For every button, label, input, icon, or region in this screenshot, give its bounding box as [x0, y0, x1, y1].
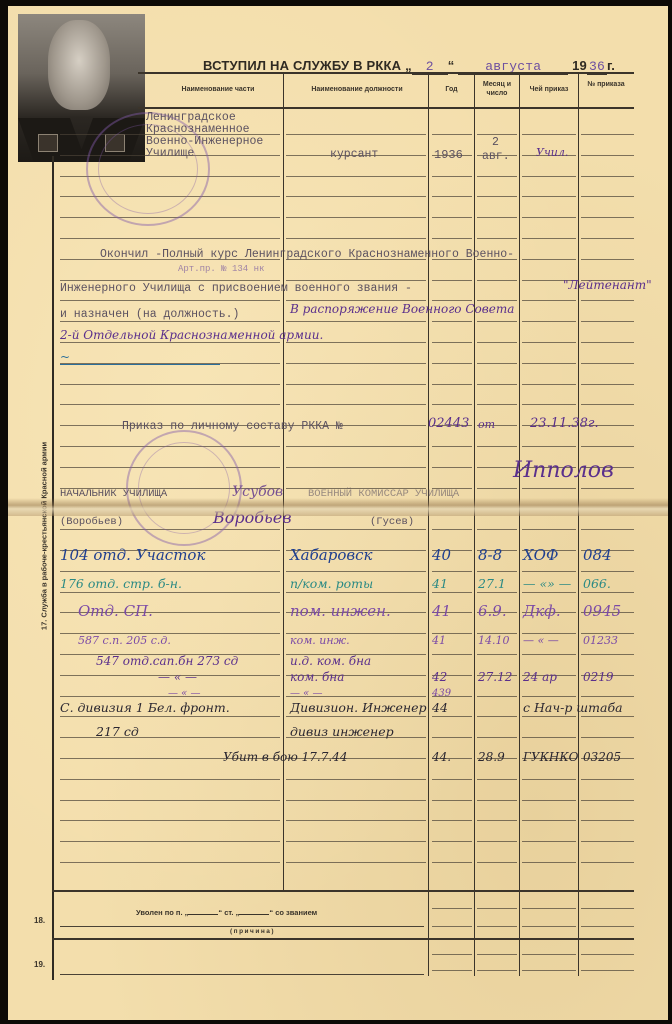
chief-name: (Воробьев) [60, 516, 123, 528]
cell-order-by: 24 ар [523, 670, 557, 684]
graduation-stamp-text: Арт.пр. № 134 нк [178, 264, 264, 274]
signature-3: Ипполов [513, 458, 614, 483]
order-number: 02443 [428, 416, 469, 431]
first-entry-order-by: Учил. [536, 146, 568, 159]
signature-scribble: ~ [60, 350, 220, 365]
cell-date: 27.1 [478, 576, 506, 591]
cell-position: — « — [290, 688, 322, 699]
cell-year: 44. [432, 750, 451, 764]
row-number-18: 18. [34, 916, 45, 925]
cell-order-by: — «» — [523, 576, 571, 591]
cell-unit: — « — [168, 688, 200, 699]
rank-handwritten: "Лейтенант" [563, 278, 652, 292]
section-rule [52, 938, 634, 940]
graduation-line-3: и назначен (на должность.) [60, 308, 239, 321]
order-text: Приказ по личному составу РККА № [122, 420, 343, 433]
cell-order-by: Дкф. [523, 602, 561, 620]
row-number-19: 19. [34, 960, 45, 969]
graduation-line-2: Инженерного Училища с присвоением военно… [60, 282, 412, 295]
commissar-name: (Гусев) [370, 516, 414, 528]
first-entry-unit: Ленинградское Краснознаменное Военно-Инж… [146, 112, 263, 160]
cell-order-by: ГУКНКО [523, 750, 579, 764]
order-from: от [478, 418, 495, 431]
col-header-order-no: № приказа [581, 80, 631, 89]
cell-position: ком. инж. [290, 634, 350, 647]
cell-position: Дивизион. Инженер [290, 700, 427, 715]
cell-year: 41 [432, 634, 446, 647]
cell-order-no: 066. [583, 576, 611, 591]
paper-fold-crease [8, 498, 668, 516]
cell-unit: 176 отд. стр. б-н. [60, 576, 182, 591]
cell-position: и.д. ком. бна [290, 654, 371, 668]
cell-order-no: 01233 [583, 634, 618, 647]
assignment-handwritten: В распоряжение Военного Совета [290, 302, 514, 316]
cell-date: 6.9. [478, 602, 507, 620]
cell-unit: Убит в бою 17.7.44 [223, 750, 347, 764]
section-rule [52, 890, 634, 892]
cell-unit: Отд. СП. [78, 602, 153, 620]
cell-position: Хабаровск [290, 546, 372, 564]
cell-date: 14.10 [478, 634, 510, 647]
header-top-rule [138, 72, 634, 74]
collar-insignia-icon [38, 134, 58, 152]
cell-position: пом. инжен. [290, 602, 391, 620]
col-header-month-day: Месяц и число [478, 80, 516, 98]
header-bottom-rule [138, 107, 634, 109]
cell-year: 42 [432, 670, 447, 684]
cell-order-no: 0219 [583, 670, 614, 684]
cell-year: 41 [432, 576, 448, 591]
cell-year: 44 [432, 700, 448, 715]
cell-unit: 104 отд. Участок [60, 546, 205, 564]
cell-position: дивиз инженер [290, 724, 394, 739]
first-entry-position: курсант [330, 148, 378, 161]
col-header-position: Наименование должности [288, 85, 426, 94]
cell-order-no: 0945 [583, 602, 621, 620]
left-margin-rule [52, 156, 54, 980]
first-entry-day: 2 [492, 136, 499, 149]
col-header-year: Год [429, 85, 474, 94]
reason-caption: (причина) [230, 928, 275, 935]
cell-unit: 217 сд [96, 724, 139, 739]
cell-position: п/ком. роты [290, 576, 373, 591]
cell-unit: — « — [158, 670, 197, 684]
cell-order-by: — « — [523, 634, 559, 647]
cell-unit: С. дивизия 1 Бел. фронт. [60, 700, 230, 715]
col-divider [283, 72, 284, 890]
personnel-record-sheet: ВСТУПИЛ НА СЛУЖБУ В РККА „2“ августа 193… [8, 6, 668, 1020]
section-label: 17. Служба в рабоче-крестьянской Красной… [36, 376, 52, 696]
col-divider [428, 72, 429, 976]
cell-date: 28.9 [478, 750, 505, 764]
cell-order-no: 084 [583, 546, 612, 564]
cell-order-by: ХОФ [523, 546, 558, 564]
cell-unit: 547 отд.сап.бн 273 сд [96, 654, 238, 668]
col-divider [578, 72, 579, 976]
first-entry-year: 1936 [434, 148, 463, 162]
discharge-text: Уволен по п. „“ ст. „“ со званием [136, 908, 317, 917]
cell-order-by: с Нач-р штаба [523, 700, 623, 715]
col-header-order-by: Чей приказ [520, 85, 578, 94]
order-date: 23.11.38г. [530, 416, 599, 431]
cell-unit: 587 с.п. 205 с.д. [78, 634, 171, 647]
col-divider [474, 72, 475, 976]
cell-date: 8-8 [478, 546, 502, 564]
cell-date: 27.12 [478, 670, 512, 684]
cell-year: 40 [432, 546, 451, 564]
graduation-line-1: Окончил -Полный курс Ленинградского Крас… [100, 248, 514, 261]
cell-year: 439 [432, 688, 451, 699]
first-entry-month: авг. [482, 150, 510, 163]
col-header-unit: Наименование части [158, 85, 278, 94]
cell-position: ком. бна [290, 670, 344, 684]
cell-year: 41 [432, 602, 451, 620]
col-divider [519, 72, 520, 976]
cell-order-no: 03205 [583, 750, 621, 764]
assignment-handwritten-2: 2-й Отдельной Краснознаменной армии. [60, 328, 323, 342]
